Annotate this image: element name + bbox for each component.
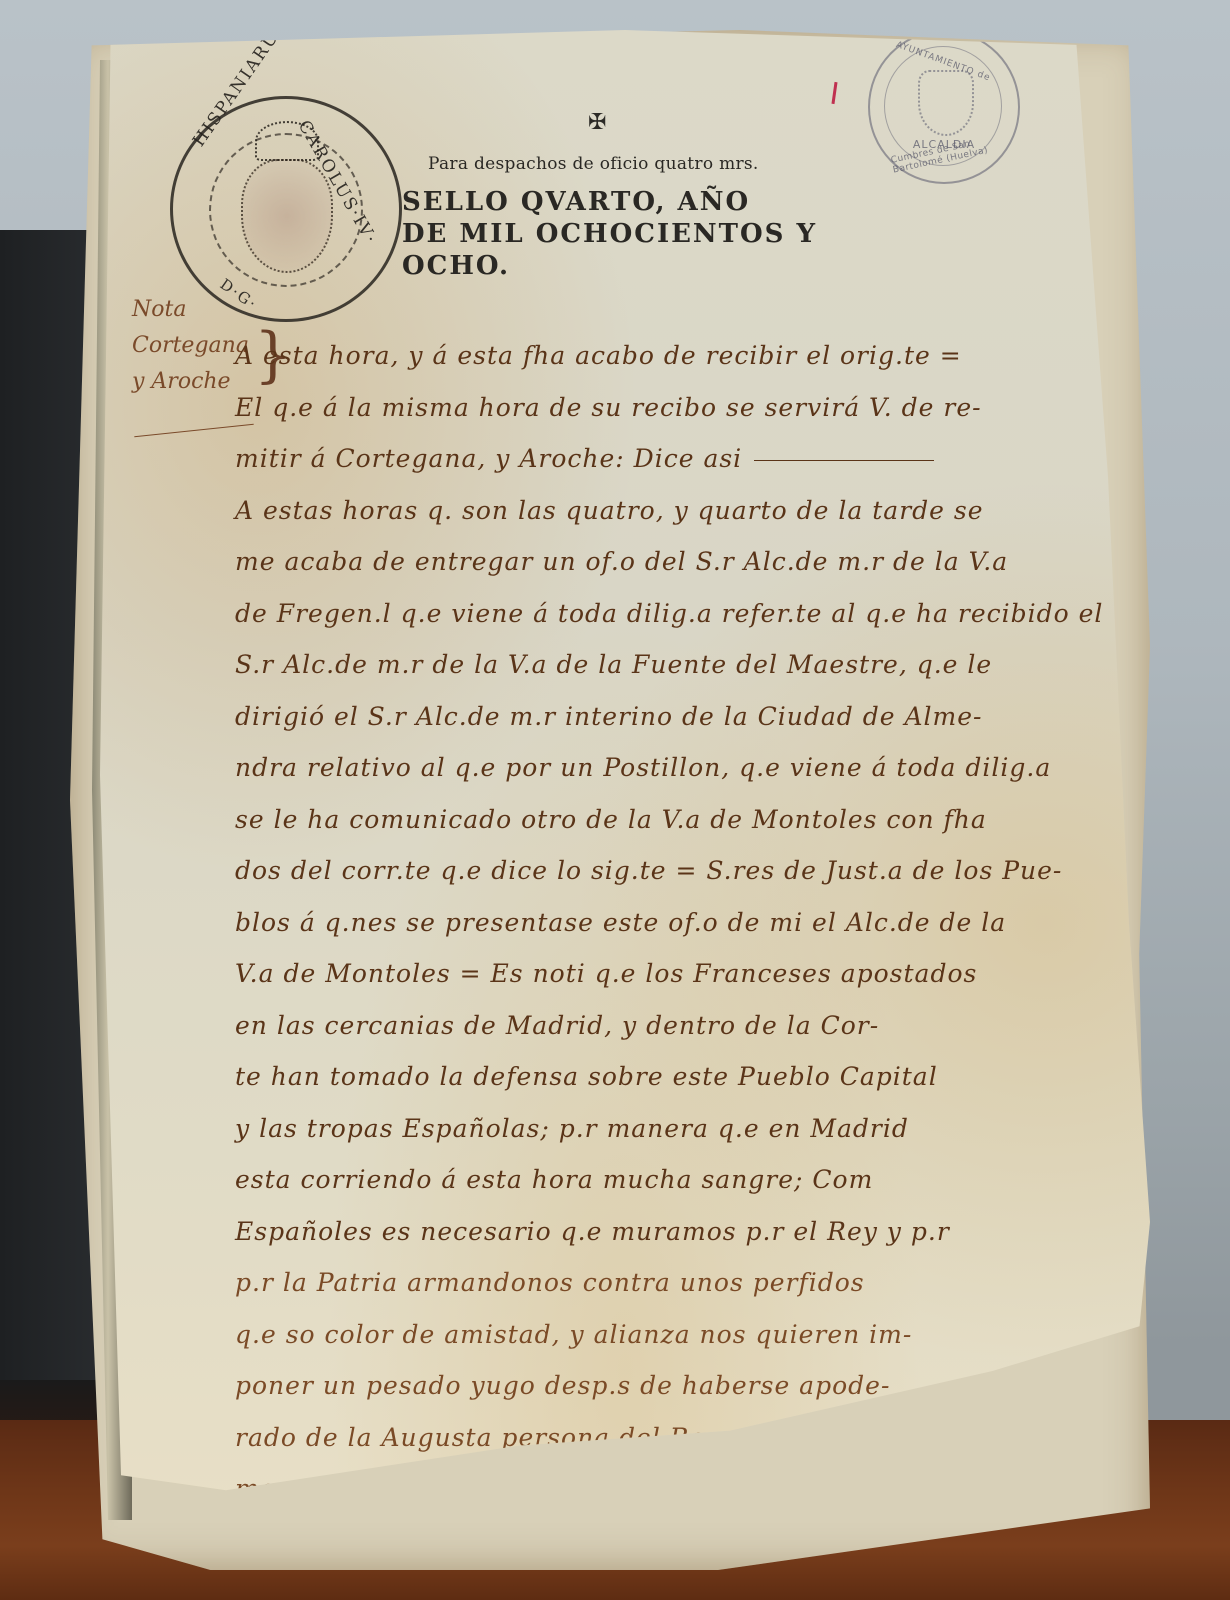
- document-page: HISPANIARUM REX CAROLUS·IV· D·G· AYUNTAM…: [100, 30, 1150, 1520]
- manuscript-line: se le ha comunicado otro de la V.a de Mo…: [235, 794, 1115, 846]
- manuscript-line: q.e so color de amistad, y alianza nos q…: [235, 1309, 1115, 1361]
- printed-title: SELLO QVARTO, AÑO DE MIL OCHOCIENTOS Y O…: [402, 186, 842, 282]
- manuscript-line: me acaba de entregar un of.o del S.r Alc…: [235, 536, 1115, 588]
- stamp-duty-line: Para despachos de oficio quatro mrs.: [428, 154, 759, 174]
- printed-title-line: OCHO.: [402, 250, 842, 282]
- manuscript-line: blos á q.nes se presentase este of.o de …: [235, 897, 1115, 949]
- manuscript-line: dirigió el S.r Alc.de m.r interino de la…: [235, 691, 1115, 743]
- cross-icon: ✠: [588, 110, 606, 135]
- line-filler-rule: [754, 460, 934, 461]
- manuscript-line: dos del corr.te q.e dice lo sig.te = S.r…: [235, 845, 1115, 897]
- manuscript-line: esta corriendo á esta hora mucha sangre;…: [235, 1154, 1115, 1206]
- alcaldia-stamp: AYUNTAMIENTO de ALCALDIA Cumbres de San …: [868, 30, 1020, 184]
- manuscript-line: El q.e á la misma hora de su recibo se s…: [235, 382, 1115, 434]
- manuscript-line: A esta hora, y á esta fha acabo de recib…: [235, 330, 1115, 382]
- manuscript-line-text: mitir á Cortegana, y Aroche: Dice asi: [235, 444, 742, 473]
- manuscript-line: S.r Alc.de m.r de la V.a de la Fuente de…: [235, 639, 1115, 691]
- printed-title-line: DE MIL OCHOCIENTOS Y: [402, 218, 842, 250]
- coat-of-arms-icon: [241, 159, 333, 273]
- manuscript-line: y las tropas Españolas; p.r manera q.e e…: [235, 1103, 1115, 1155]
- manuscript-line: mitir á Cortegana, y Aroche: Dice asi: [235, 433, 1115, 485]
- manuscript-line: A estas horas q. son las quatro, y quart…: [235, 485, 1115, 537]
- red-ink-mark: [831, 82, 837, 104]
- manuscript-line: en las cercanias de Madrid, y dentro de …: [235, 1000, 1115, 1052]
- margin-note-line: Nota: [132, 292, 262, 328]
- manuscript-line: te han tomado la defensa sobre este Pueb…: [235, 1051, 1115, 1103]
- manuscript-line: Españoles es necesario q.e muramos p.r e…: [235, 1206, 1115, 1258]
- manuscript-line: de Fregen.l q.e viene á toda dilig.a ref…: [235, 588, 1115, 640]
- printed-title-line: SELLO QVARTO, AÑO: [402, 186, 842, 218]
- royal-seal-stamp: HISPANIARUM REX CAROLUS·IV· D·G·: [170, 96, 402, 322]
- manuscript-line: ndra relativo al q.e por un Postillon, q…: [235, 742, 1115, 794]
- manuscript-line: p.r la Patria armandonos contra unos per…: [235, 1257, 1115, 1309]
- municipal-arms-icon: [918, 70, 974, 136]
- manuscript-line: V.a de Montoles = Es noti q.e los France…: [235, 948, 1115, 1000]
